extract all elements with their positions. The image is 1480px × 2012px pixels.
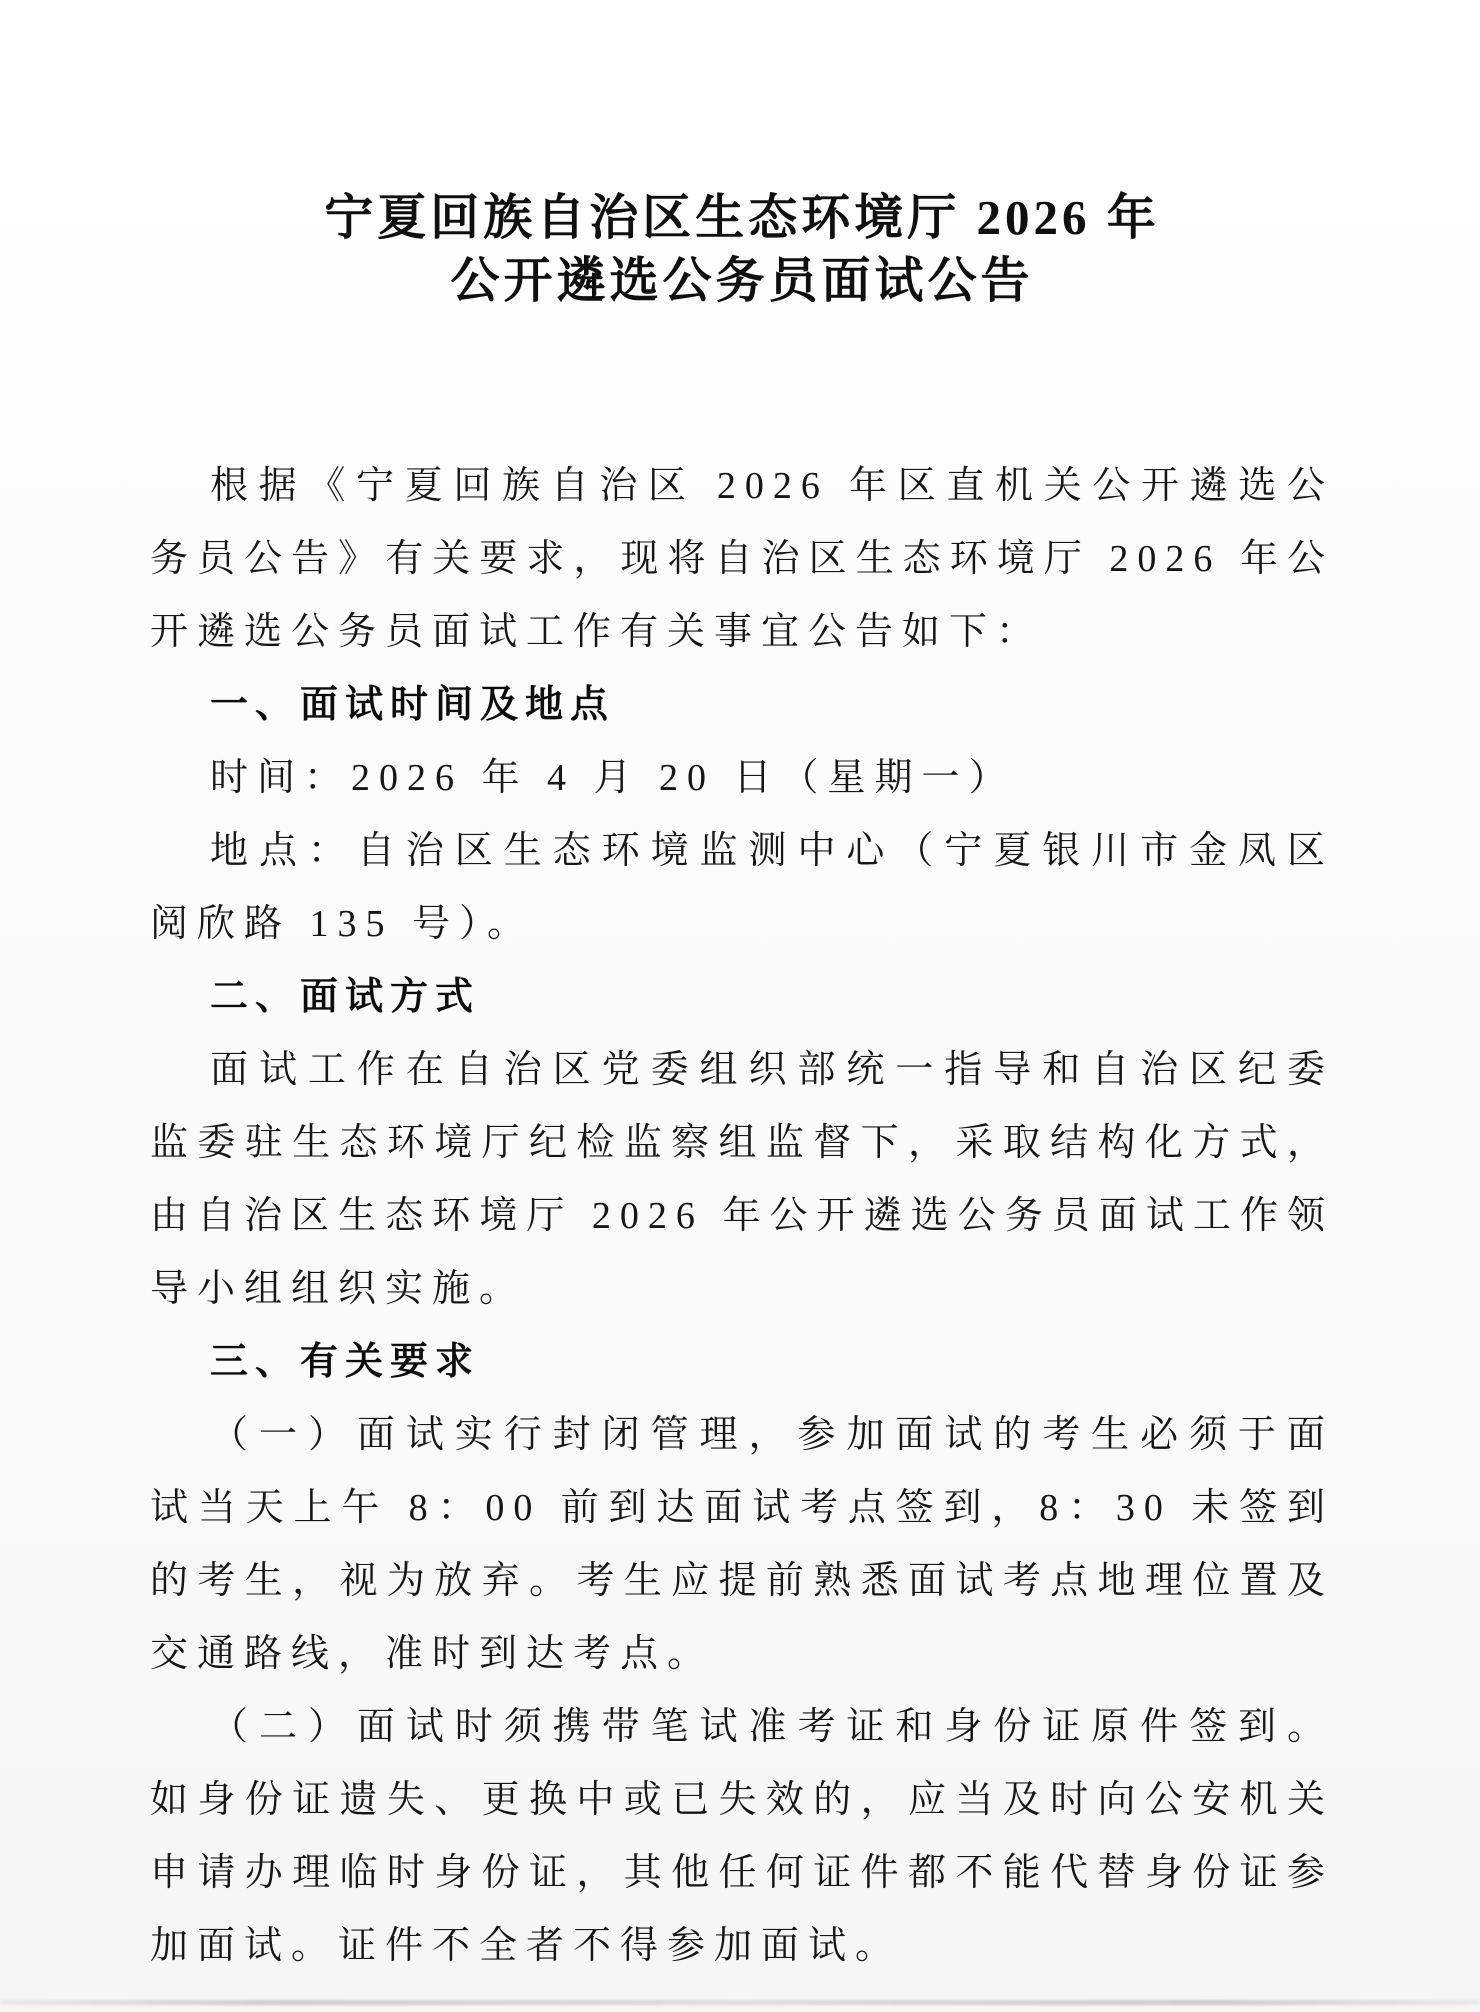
document-title-line-1: 宁夏回族自治区生态环境厅 2026 年 [150,186,1334,249]
document-page: 宁夏回族自治区生态环境厅 2026 年 公开遴选公务员面试公告 根据《宁夏回族自… [0,0,1480,2012]
section-2-heading: 二、面试方式 [150,961,1334,1034]
section-1-heading: 一、面试时间及地点 [150,669,1334,742]
section-3-requirement-2-paragraph: （二）面试时须携带笔试准考证和身份证原件签到。如身份证遗失、更换中或已失效的，应… [150,1691,1334,1983]
section-1-location-paragraph: 地点：自治区生态环境监测中心（宁夏银川市金凤区阅欣路 135 号）。 [150,815,1334,961]
section-3-heading: 三、有关要求 [150,1326,1334,1399]
scan-edge-artifact [0,2000,1480,2005]
intro-paragraph: 根据《宁夏回族自治区 2026 年区直机关公开遴选公务员公告》有关要求，现将自治… [150,450,1334,669]
document-title: 宁夏回族自治区生态环境厅 2026 年 公开遴选公务员面试公告 [150,186,1334,312]
section-2-paragraph: 面试工作在自治区党委组织部统一指导和自治区纪委监委驻生态环境厅纪检监察组监督下，… [150,1034,1334,1326]
section-1-time-paragraph: 时间：2026 年 4 月 20 日（星期一） [150,742,1334,815]
section-3-requirement-1-paragraph: （一）面试实行封闭管理，参加面试的考生必须于面试当天上午 8：00 前到达面试考… [150,1399,1334,1691]
document-title-line-2: 公开遴选公务员面试公告 [150,249,1334,312]
